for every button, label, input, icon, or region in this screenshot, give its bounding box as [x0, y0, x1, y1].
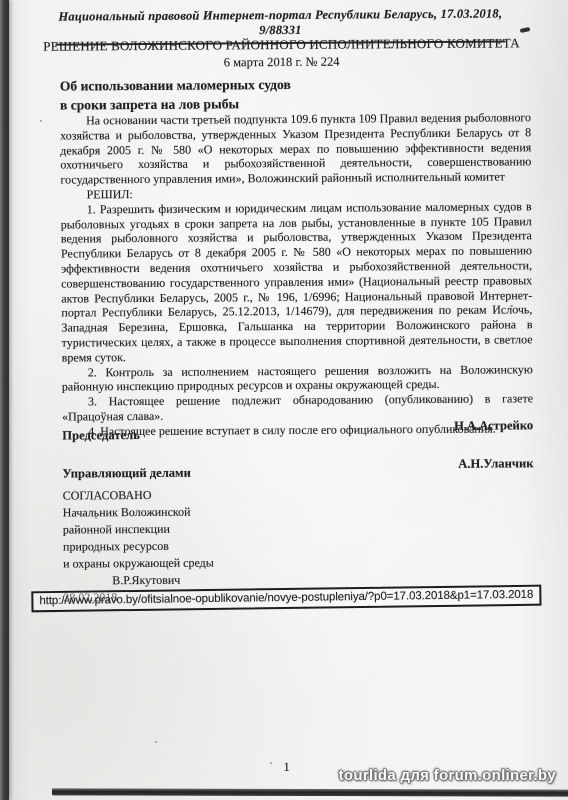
signature-block: Председатель Н.А.Астрейко Управляющий де… [62, 418, 534, 497]
scan-speck [155, 741, 157, 743]
source-url-text: http://www.pravo.by/ofitsialnoe-opubliko… [39, 589, 533, 607]
signature-name: А.Н.Уланчик [458, 456, 533, 472]
signature-role: Председатель [62, 421, 140, 444]
signature-name: Н.А.Астрейко [454, 418, 533, 434]
scanned-document-page: Национальный правовой Интернет-портал Ре… [0, 0, 568, 800]
document-body: На основании части третьей подпункта 109… [60, 110, 533, 439]
scan-speck [510, 305, 513, 307]
document-title: РЕШЕНИЕ ВОЛОЖИНСКОГО РАЙОННОГО ИСПОЛНИТЕ… [31, 35, 531, 55]
approval-signer-name: В.Р.Якутович [63, 571, 214, 589]
approval-line: и охраны окружающей среды [63, 554, 214, 572]
document-subject: Об использовании маломерных судов в срок… [60, 75, 291, 115]
watermark-text: tourlida для forum.onliner.by [339, 767, 556, 784]
signature-row-chairman: Председатель Н.А.Астрейко [62, 418, 533, 443]
scan-speck [95, 517, 97, 519]
decision-item-1: 1. Разрешить физическим и юридическим ли… [61, 199, 533, 365]
approval-label: СОГЛАСОВАНО [63, 486, 214, 504]
approval-line: Начальник Воложинской [63, 503, 214, 521]
document-title-block: РЕШЕНИЕ ВОЛОЖИНСКОГО РАЙОННОГО ИСПОЛНИТЕ… [31, 35, 531, 71]
preamble-paragraph: На основании части третьей подпункта 109… [60, 110, 532, 187]
scan-edge-left [0, 0, 9, 800]
document-content: Национальный правовой Интернет-портал Ре… [0, 0, 568, 800]
approval-line: природных ресурсов [63, 537, 214, 555]
scan-speck [63, 18, 66, 20]
scan-edge-bottom [52, 788, 568, 796]
document-date-number: 6 марта 2018 г. № 224 [32, 52, 532, 72]
signature-row-manager: Управляющий делами А.Н.Уланчик [62, 456, 533, 481]
approval-line: районной инспекции [63, 520, 214, 538]
subject-line-1: Об использовании маломерных судов [60, 75, 291, 96]
scan-speck [270, 762, 272, 764]
decision-item-2: 2. Контроль за исполнением настоящего ре… [62, 362, 533, 395]
signature-role: Управляющий делами [62, 459, 191, 482]
scan-speck [40, 120, 42, 122]
portal-header-text: Национальный правовой Интернет-портал Ре… [58, 6, 502, 37]
